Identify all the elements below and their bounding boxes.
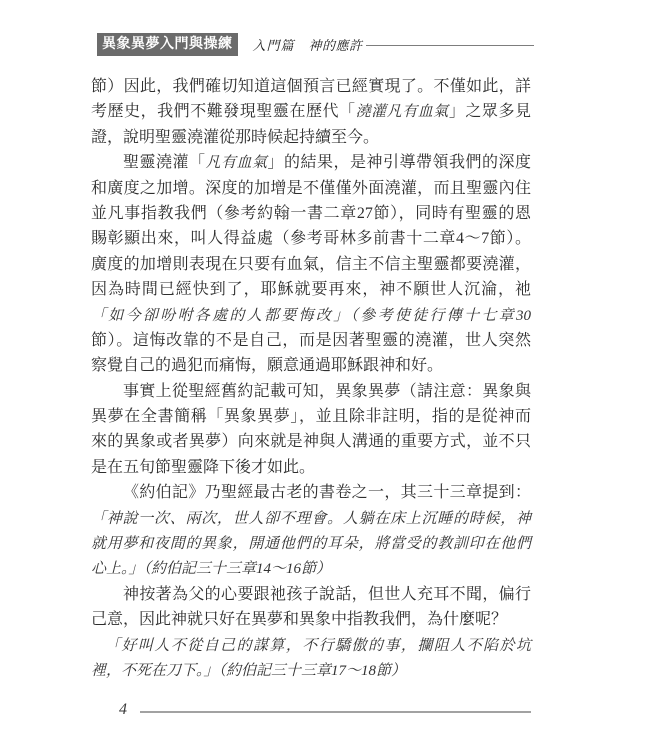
- scripture-quote-segment: 凡有血氣: [206, 155, 268, 171]
- text-line: 賜彰顯出來，叫人得益處（參考哥林多前書十二章4～7節）。: [91, 226, 531, 251]
- text-segment: 因為時間已經快到了，耶穌就要再來，神不願世人沉淪，祂: [91, 281, 531, 298]
- text-line: 裡，不死在刀下。」（約伯記三十三章17～18節）: [91, 658, 531, 683]
- text-line: 並凡事指教我們（參考約翰一書二章27節），同時有聖靈的恩: [91, 201, 531, 226]
- text-line: 證，說明聖靈澆灌從那時候起持續至今。: [91, 125, 531, 150]
- text-line: 考歷史，我們不難發現聖靈在歷代「澆灌凡有血氣」之眾多見: [91, 99, 531, 124]
- book-page: 異象異夢入門與操練 入門篇 神的應許 節）因此，我們確切知道這個預言已經實現了。…: [0, 0, 650, 750]
- text-segment: 《約伯記》乃聖經最古老的書卷之一，其三十三章提到：: [123, 484, 531, 501]
- text-segment: 節）因此，我們確切知道這個預言已經實現了。不僅如此，詳: [91, 78, 531, 95]
- page-number: 4: [119, 701, 127, 719]
- body-text: 節）因此，我們確切知道這個預言已經實現了。不僅如此，詳考歷史，我們不難發現聖靈在…: [91, 74, 531, 683]
- text-line: 廣度的加增則表現在只要有血氣，信主不信主聖靈都要澆灌，: [91, 252, 531, 277]
- text-segment: 來的異象或者異夢）向來就是神與人溝通的重要方式，並不只: [91, 433, 531, 450]
- text-line: 和廣度之加增。深度的加增是不僅僅外面澆灌，而且聖靈內住: [91, 176, 531, 201]
- scripture-quote-segment: 「神說一次、兩次，世人卻不理會。人躺在床上沉睡的時候，神: [91, 511, 531, 527]
- scripture-quote-segment: 「好叫人不從自己的謀算，不行驕傲的事，攔阻人不陷於坑: [105, 638, 531, 654]
- text-segment: 事實上從聖經舊約記載可知，異象異夢（請注意：異象與: [123, 383, 531, 400]
- footer-rule: [140, 711, 531, 713]
- text-line: 「好叫人不從自己的謀算，不行驕傲的事，攔阻人不陷於坑: [91, 633, 531, 658]
- text-segment: 神按著為父的心要跟祂孩子說話，但世人充耳不聞，偏行: [123, 586, 531, 603]
- scripture-quote-segment: 「如今卻吩咐各處的人都要悔改」（參考使徒行傳十七章30: [91, 308, 531, 324]
- text-segment: 己意，因此神就只好在異夢和異象中指教我們，為什麼呢？: [91, 611, 507, 628]
- text-segment: 」之眾多見: [449, 103, 531, 120]
- page-footer: 4: [119, 700, 531, 720]
- text-line: 神按著為父的心要跟祂孩子說話，但世人充耳不聞，偏行: [91, 582, 531, 607]
- text-segment: 是在五旬節聖靈降下後才如此。: [91, 459, 315, 476]
- text-segment: 異夢在全書簡稱「異象異夢」，並且除非註明，指的是從神而: [91, 408, 531, 425]
- text-segment: 節）。這悔改靠的不是自己，而是因著聖靈的澆灌，世人突然: [91, 332, 531, 349]
- text-line: 己意，因此神就只好在異夢和異象中指教我們，為什麼呢？: [91, 607, 531, 632]
- text-line: 事實上從聖經舊約記載可知，異象異夢（請注意：異象與: [91, 379, 531, 404]
- scripture-quote-segment: 心上。」（約伯記三十三章14～16節）: [91, 561, 331, 577]
- scripture-quote-segment: 澆灌凡有血氣: [356, 104, 449, 120]
- chapter-label: 神的應許: [309, 35, 363, 54]
- book-title-badge: 異象異夢入門與操練: [97, 33, 238, 56]
- header-rule: [366, 45, 534, 46]
- text-line: 節）因此，我們確切知道這個預言已經實現了。不僅如此，詳: [91, 74, 531, 99]
- text-segment: 考歷史，我們不難發現聖靈在歷代「: [91, 103, 356, 120]
- text-line: 來的異象或者異夢）向來就是神與人溝通的重要方式，並不只: [91, 429, 531, 454]
- text-line: 節）。這悔改靠的不是自己，而是因著聖靈的澆灌，世人突然: [91, 328, 531, 353]
- text-line: 異夢在全書簡稱「異象異夢」，並且除非註明，指的是從神而: [91, 404, 531, 429]
- text-line: 「神說一次、兩次，世人卻不理會。人躺在床上沉睡的時候，神: [91, 506, 531, 531]
- text-segment: 」的結果，是神引導帶領我們的深度: [268, 154, 531, 171]
- text-line: 《約伯記》乃聖經最古老的書卷之一，其三十三章提到：: [91, 480, 531, 505]
- text-line: 就用夢和夜間的異象，開通他們的耳朵，將當受的教訓印在他們: [91, 531, 531, 556]
- text-segment: 和廣度之加增。深度的加增是不僅僅外面澆灌，而且聖靈內住: [91, 180, 531, 197]
- text-line: 「如今卻吩咐各處的人都要悔改」（參考使徒行傳十七章30: [91, 303, 531, 328]
- text-line: 是在五旬節聖靈降下後才如此。: [91, 455, 531, 480]
- text-segment: 廣度的加增則表現在只要有血氣，信主不信主聖靈都要澆灌，: [91, 256, 531, 273]
- text-segment: 賜彰顯出來，叫人得益處（參考哥林多前書十二章4～7節）。: [91, 230, 531, 247]
- text-line: 察覺自己的過犯而痛悔，願意通過耶穌跟神和好。: [91, 353, 531, 378]
- text-segment: 察覺自己的過犯而痛悔，願意通過耶穌跟神和好。: [91, 357, 443, 374]
- text-segment: 聖靈澆灌「: [123, 154, 206, 171]
- scripture-quote-segment: 裡，不死在刀下。」（約伯記三十三章17～18節）: [91, 663, 406, 679]
- text-segment: 並凡事指教我們（參考約翰一書二章27節），同時有聖靈的恩: [91, 205, 531, 222]
- text-line: 因為時間已經快到了，耶穌就要再來，神不願世人沉淪，祂: [91, 277, 531, 302]
- text-line: 聖靈澆灌「凡有血氣」的結果，是神引導帶領我們的深度: [91, 150, 531, 175]
- text-line: 心上。」（約伯記三十三章14～16節）: [91, 556, 531, 581]
- scripture-quote-segment: 就用夢和夜間的異象，開通他們的耳朵，將當受的教訓印在他們: [91, 536, 531, 552]
- running-head: 異象異夢入門與操練 入門篇 神的應許: [97, 33, 534, 56]
- text-segment: 證，說明聖靈澆灌從那時候起持續至今。: [91, 129, 379, 146]
- section-label: 入門篇: [253, 35, 295, 54]
